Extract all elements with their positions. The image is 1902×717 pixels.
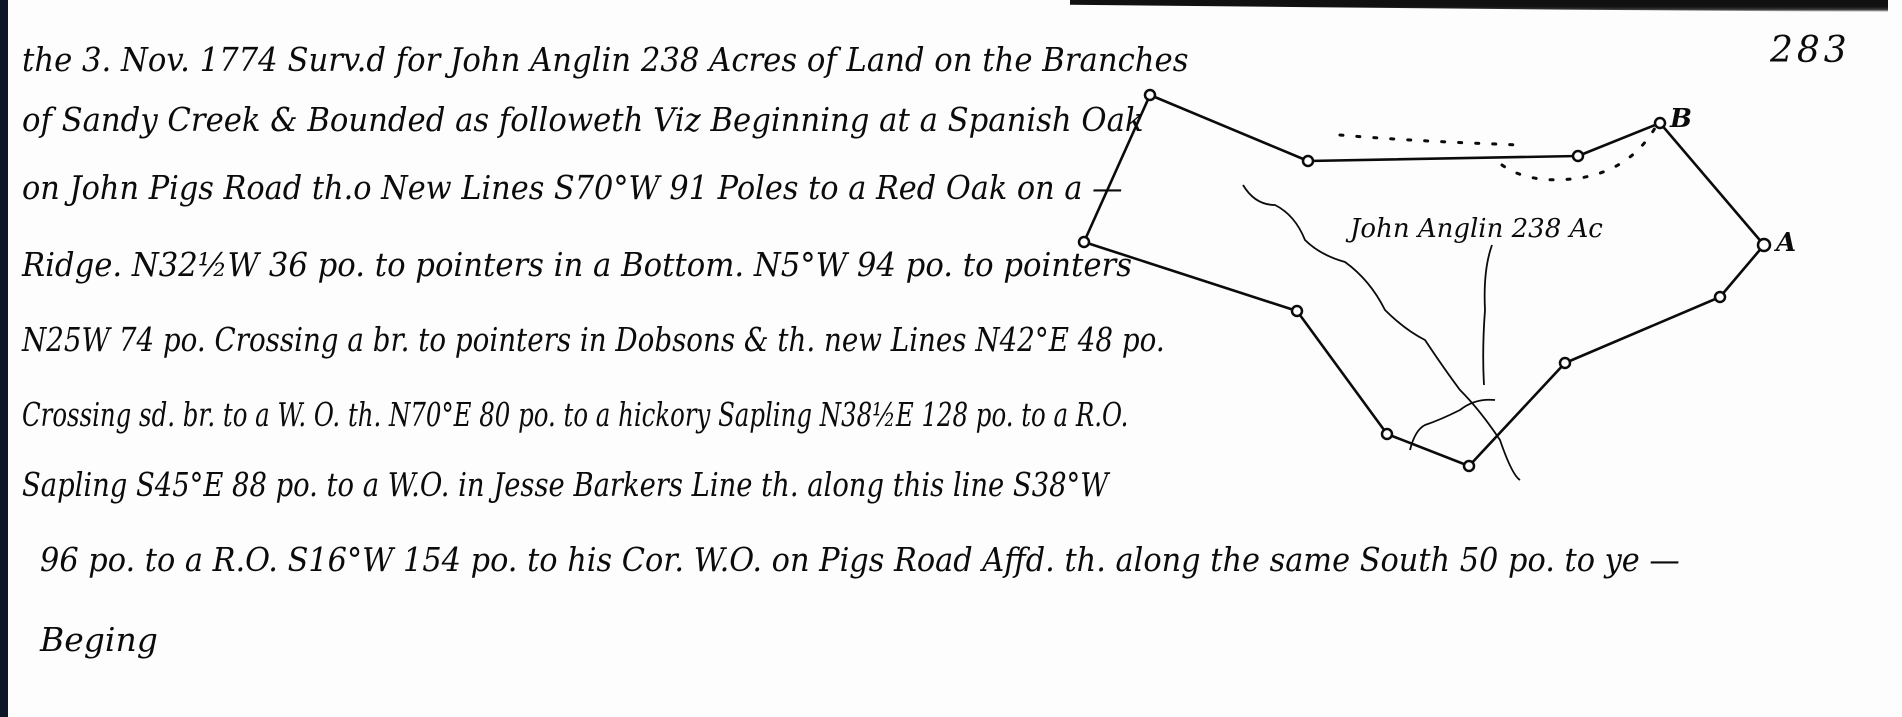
deed-line-6: Crossing sd. br. to a W. O. th. N70°E 80… — [22, 395, 1128, 434]
corner-marker — [1382, 429, 1392, 439]
corner-marker — [1145, 90, 1155, 100]
deed-line-9: Beging — [40, 620, 158, 659]
corner-marker — [1573, 151, 1583, 161]
tract-label: John Anglin 238 Ac — [1350, 214, 1603, 244]
corner-marker — [1655, 118, 1665, 128]
tract-boundary — [1084, 95, 1764, 466]
corner-marker — [1292, 306, 1302, 316]
corner-marker — [1464, 461, 1474, 471]
corner-marker — [1303, 156, 1313, 166]
scan-left-edge — [0, 0, 8, 717]
deed-line-5: N25W 74 po. Crossing a br. to pointers i… — [22, 320, 1165, 359]
corner-marker — [1560, 358, 1570, 368]
deed-line-2: of Sandy Creek & Bounded as followeth Vi… — [22, 100, 1143, 139]
corner-markers — [1079, 90, 1770, 471]
deed-line-4: Ridge. N32½W 36 po. to pointers in a Bot… — [22, 245, 1132, 284]
adjoining-dotted-curve — [1502, 128, 1655, 180]
creek-branch-3 — [1410, 400, 1495, 450]
corner-marker — [1758, 239, 1770, 251]
deed-line-3: on John Pigs Road th.o New Lines S70°W 9… — [22, 168, 1122, 207]
corner-marker — [1715, 292, 1725, 302]
deed-line-8: 96 po. to a R.O. S16°W 154 po. to his Co… — [40, 540, 1680, 579]
deed-line-7: Sapling S45°E 88 po. to a W.O. in Jesse … — [22, 465, 1108, 504]
deed-line-1: the 3. Nov. 1774 Surv.d for John Anglin … — [22, 40, 1188, 79]
corner-label-a: A — [1776, 228, 1796, 258]
document-page: 283 the 3. Nov. 1774 Surv.d for John Ang… — [0, 0, 1902, 717]
page-number: 283 — [1770, 30, 1851, 71]
corner-label-b: B — [1670, 104, 1692, 134]
scan-top-stripe — [1070, 0, 1888, 12]
adjoining-dotted-line-top — [1340, 135, 1520, 145]
creek-branch-2 — [1483, 245, 1492, 385]
